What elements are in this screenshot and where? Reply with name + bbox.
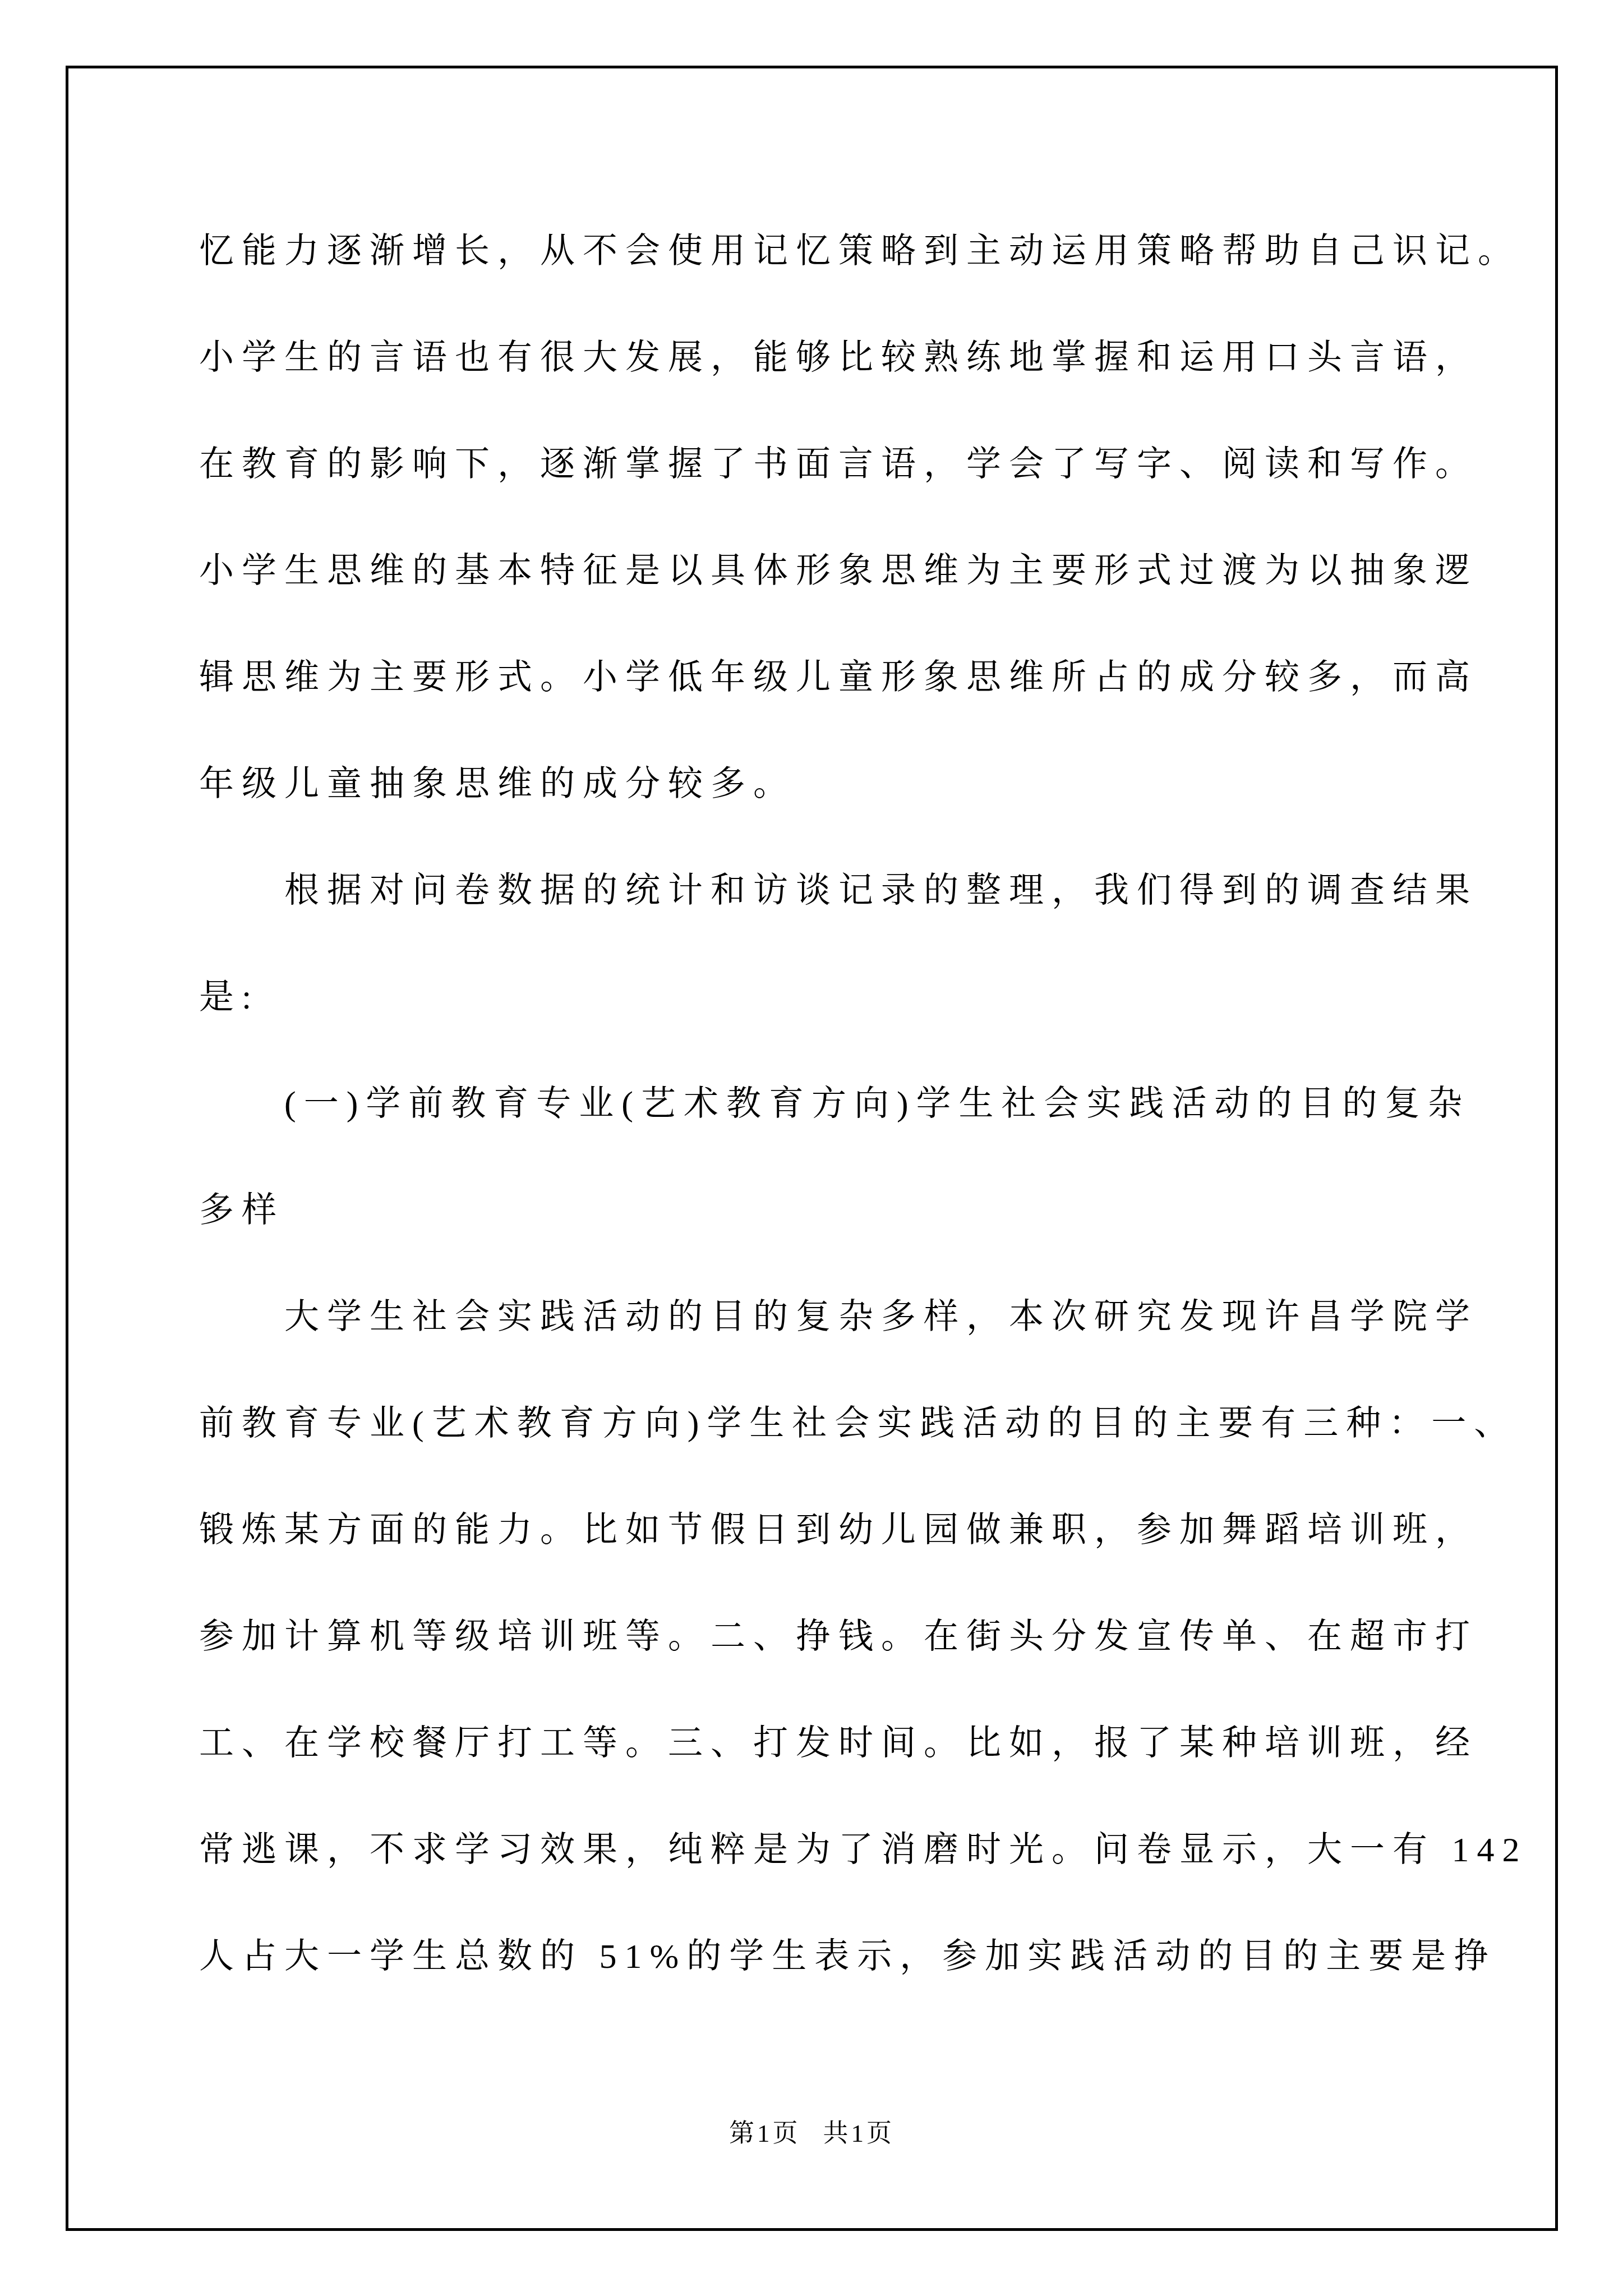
text-line: 辑思维为主要形式。小学低年级儿童形象思维所占的成分较多，而高 [199, 624, 1478, 731]
text-line: (一)学前教育专业(艺术教育方向)学生社会实践活动的目的复杂 [199, 1051, 1478, 1157]
document-page: 忆能力逐渐增长，从不会使用记忆策略到主动运用策略帮助自己识记。 小学生的言语也有… [0, 0, 1623, 2296]
text-line: 常逃课，不求学习效果，纯粹是为了消磨时光。问卷显示，大一有 142 [199, 1797, 1478, 1903]
footer-page-total: 共1页 [823, 2116, 895, 2150]
text-line: 前教育专业(艺术教育方向)学生社会实践活动的目的主要有三种：一、 [199, 1370, 1478, 1477]
text-line: 小学生思维的基本特征是以具体形象思维为主要形式过渡为以抽象逻 [199, 518, 1478, 624]
text-line: 人占大一学生总数的 51%的学生表示，参加实践活动的目的主要是挣 [199, 1903, 1478, 2010]
text-line: 忆能力逐渐增长，从不会使用记忆策略到主动运用策略帮助自己识记。 [199, 198, 1478, 305]
page-footer: 第1页共1页 [66, 2116, 1558, 2150]
document-body-text: 忆能力逐渐增长，从不会使用记忆策略到主动运用策略帮助自己识记。 小学生的言语也有… [199, 198, 1478, 2010]
text-line: 锻炼某方面的能力。比如节假日到幼儿园做兼职，参加舞蹈培训班， [199, 1477, 1478, 1584]
text-line: 小学生的言语也有很大发展，能够比较熟练地掌握和运用口头言语， [199, 305, 1478, 411]
text-line: 参加计算机等级培训班等。二、挣钱。在街头分发宣传单、在超市打 [199, 1584, 1478, 1690]
footer-page-number: 第1页 [729, 2119, 801, 2147]
text-line: 是: [199, 944, 1478, 1051]
text-line: 在教育的影响下，逐渐掌握了书面言语，学会了写字、阅读和写作。 [199, 411, 1478, 518]
text-line: 根据对问卷数据的统计和访谈记录的整理，我们得到的调查结果 [199, 838, 1478, 944]
text-line: 大学生社会实践活动的目的复杂多样，本次研究发现许昌学院学 [199, 1264, 1478, 1370]
text-line: 工、在学校餐厅打工等。三、打发时间。比如，报了某种培训班，经 [199, 1690, 1478, 1797]
text-line: 年级儿童抽象思维的成分较多。 [199, 731, 1478, 838]
text-line: 多样 [199, 1157, 1478, 1264]
